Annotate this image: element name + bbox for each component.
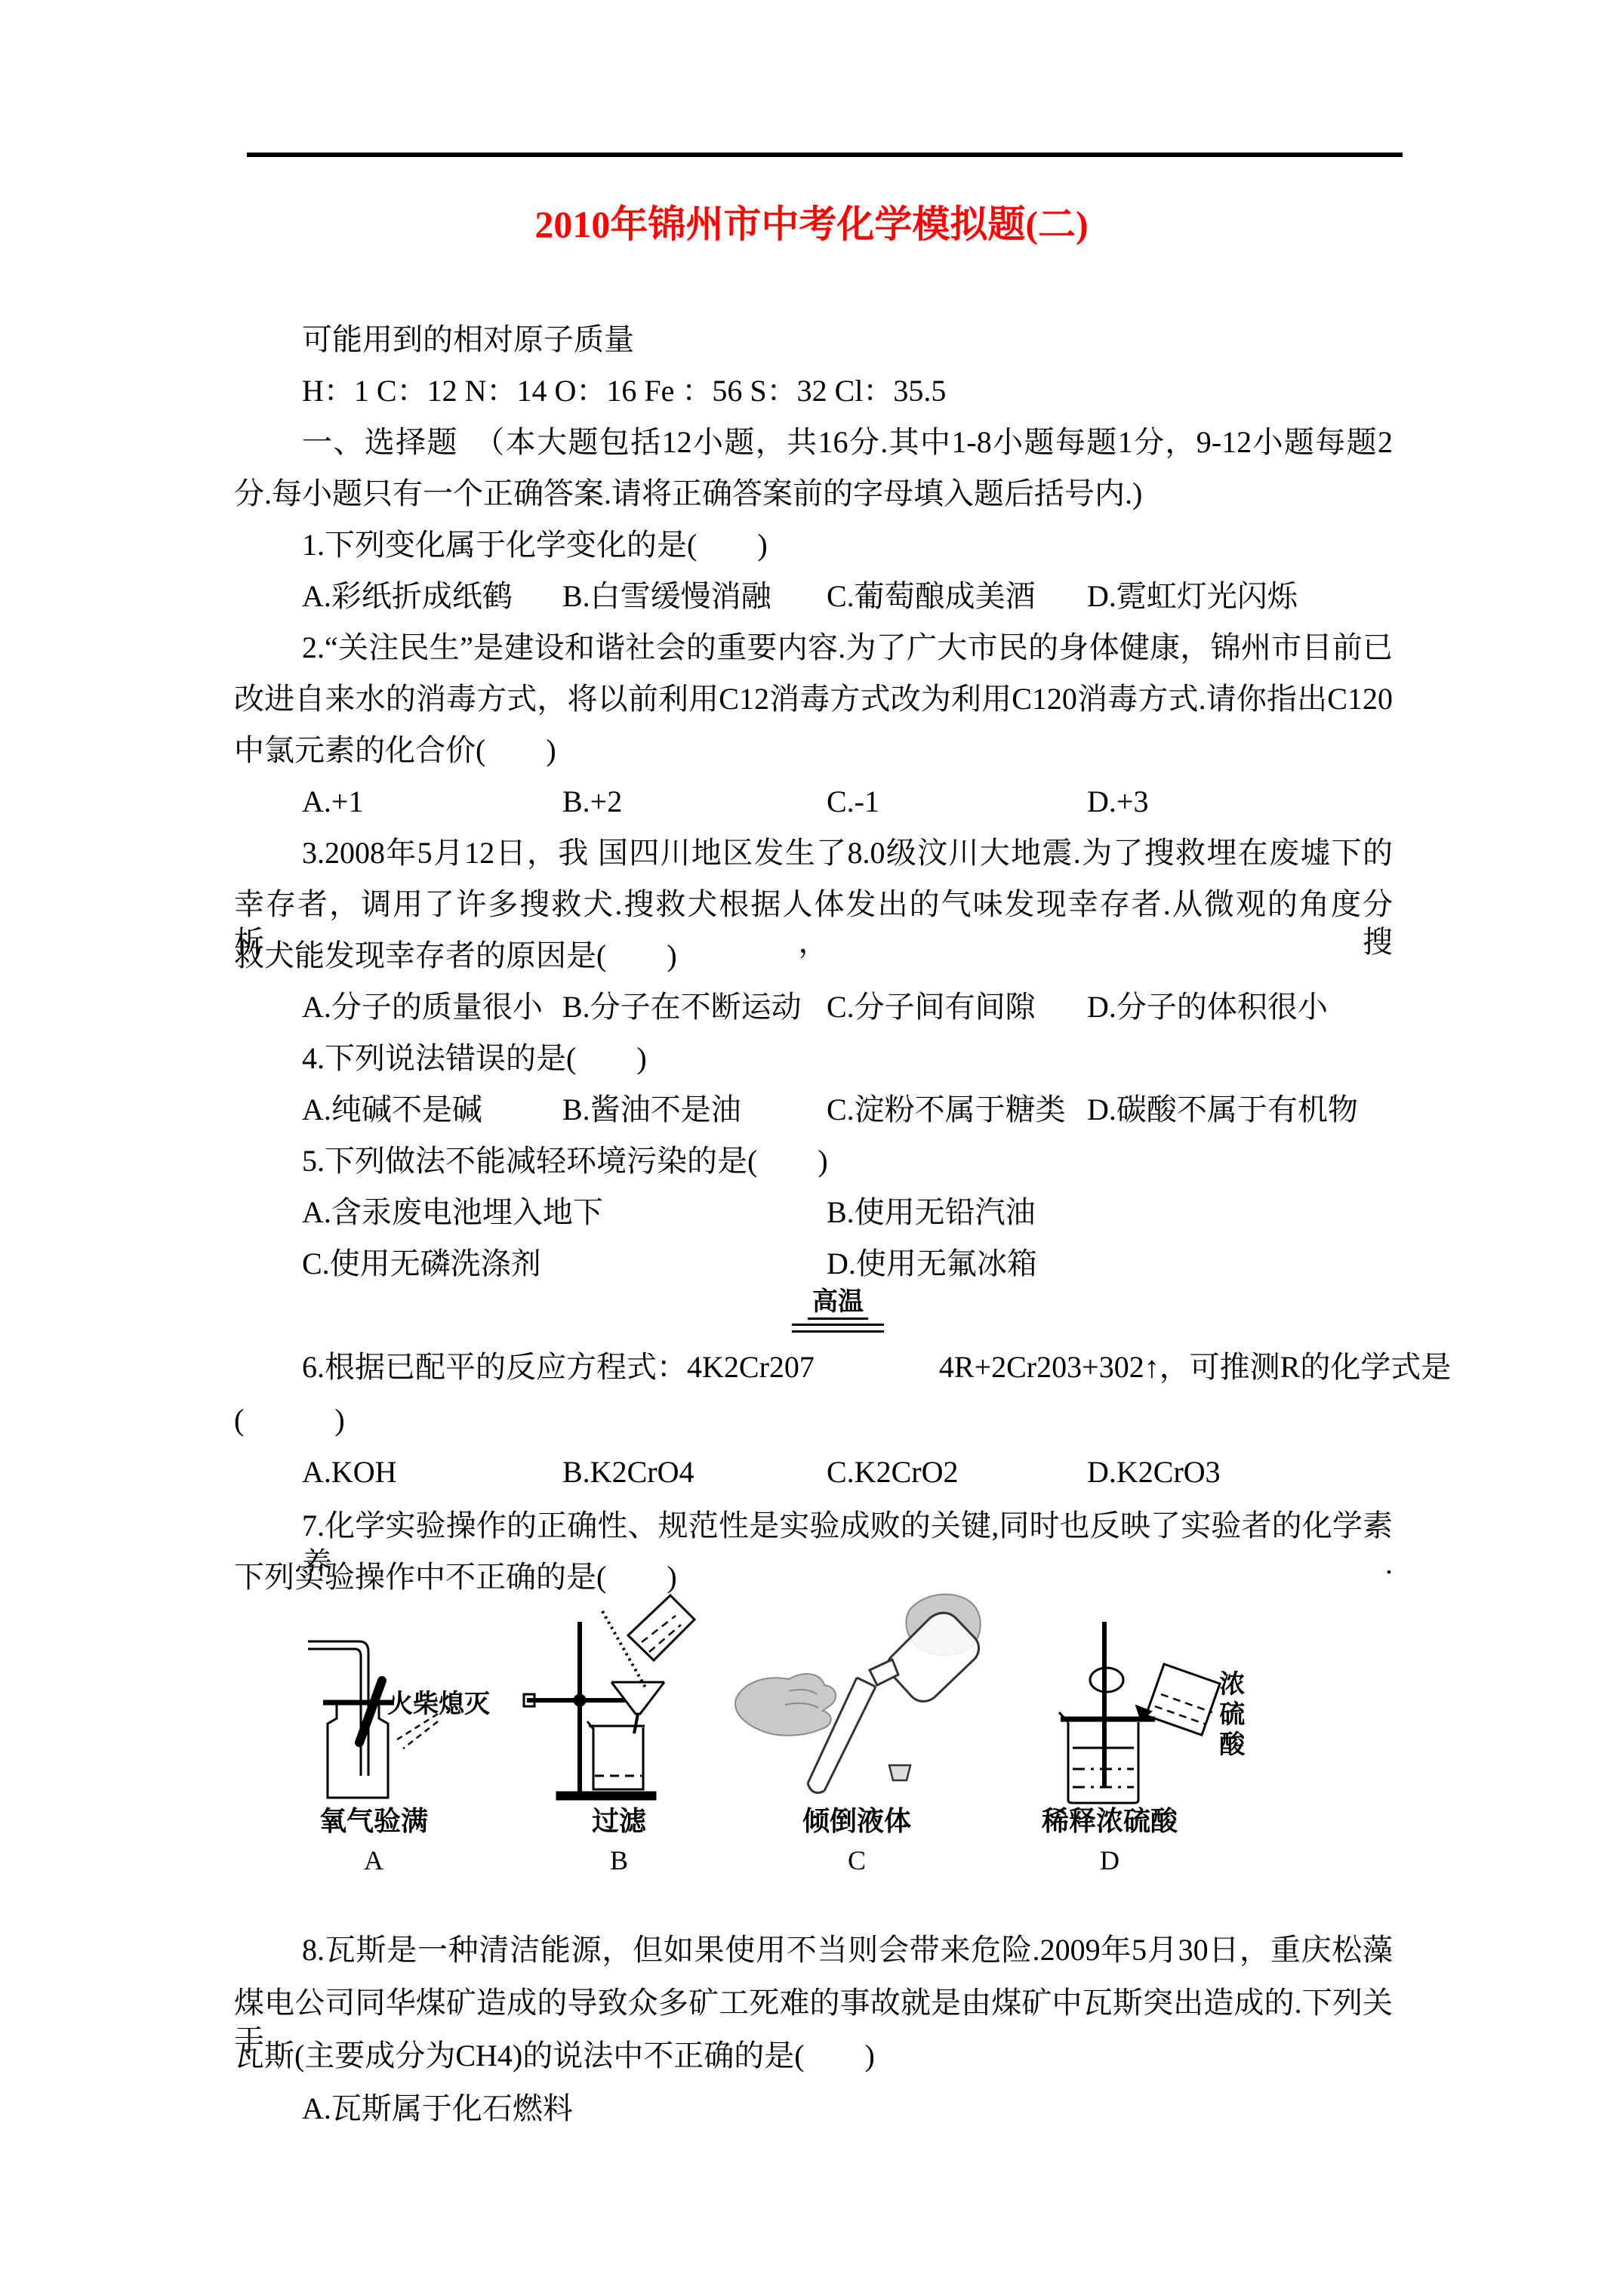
label-pointer-line-2 xyxy=(403,1721,438,1749)
page-title: 2010年锦州市中考化学模拟题(二) xyxy=(0,204,1623,245)
figure-c-caption: 倾倒液体 xyxy=(732,1807,981,1837)
q1-stem: 1.下列变化属于化学变化的是( ) xyxy=(234,526,1393,564)
q4-option-b: B.酱油不是油 xyxy=(562,1091,741,1129)
q1-options: A.彩纸折成纸鹤 B.白雪缓慢消融 C.葡萄酿成美酒 D.霓虹灯光闪烁 xyxy=(234,578,1393,623)
stirring-rod-dotted xyxy=(602,1611,645,1687)
q3-option-a: A.分子的质量很小 xyxy=(302,988,543,1026)
figure-c-letter: C xyxy=(732,1846,981,1876)
q5-option-d: D.使用无氟冰箱 xyxy=(827,1245,1037,1283)
q6-option-c: C.K2CrO2 xyxy=(827,1453,958,1491)
test-tube-bottom xyxy=(808,1783,824,1792)
intro-line-1: 可能用到的相对原子质量 xyxy=(234,321,1393,359)
figure-d-dilute-acid: 浓硫酸 稀释浓硫酸 D xyxy=(974,1586,1246,1884)
receiving-beaker xyxy=(593,1727,643,1789)
q2-option-b: B.+2 xyxy=(562,783,622,821)
acid-vessel xyxy=(1146,1664,1220,1735)
q5-option-b: B.使用无铅汽油 xyxy=(827,1194,1036,1231)
q1-option-c: C.葡萄酿成美酒 xyxy=(827,578,1036,615)
exam-document-page: 2010年锦州市中考化学模拟题(二) 可能用到的相对原子质量 H：1 C：12 … xyxy=(0,0,1623,2296)
funnel-stem xyxy=(634,1714,638,1734)
q5-option-c: C.使用无磷洗涤剂 xyxy=(302,1245,541,1283)
q6-stem-left: 6.根据已配平的反应方程式：4K2Cr207 xyxy=(302,1350,815,1384)
clamp-bolt xyxy=(574,1695,585,1706)
delivery-tube-inner xyxy=(308,1649,361,1776)
q4-option-c: C.淀粉不属于糖类 xyxy=(827,1091,1066,1129)
section-heading-cont: 分.每小题只有一个正确答案.请将正确答案前的字母填入题后括号内.) xyxy=(234,475,1393,513)
q2-option-c: C.-1 xyxy=(827,783,879,821)
q2-option-d: D.+3 xyxy=(1087,783,1148,821)
q6-stem-cont: ( ) xyxy=(234,1401,1393,1439)
q1-option-a: A.彩纸折成纸鹤 xyxy=(302,578,513,615)
figure-b-filtration: 过滤 B xyxy=(521,1586,717,1884)
intro-line-2: H：1 C：12 N：14 O：16 Fe ：56 S：32 Cl：35.5 xyxy=(234,372,1393,410)
bottle-mouth xyxy=(870,1660,898,1685)
q4-options: A.纯碱不是碱 B.酱油不是油 C.淀粉不属于糖类 D.碳酸不属于有机物 xyxy=(234,1091,1393,1136)
q3-options: A.分子的质量很小 B.分子在不断运动 C.分子间有间隙 D.分子的体积很小 xyxy=(234,988,1393,1034)
section-heading: 一、选择题 （本大题包括12小题，共16分.其中1-8小题每题1分，9-12小题… xyxy=(234,424,1393,461)
figure-d-drawing xyxy=(974,1586,1246,1812)
q3-option-b: B.分子在不断运动 xyxy=(562,988,802,1026)
q6-option-b: B.K2CrO4 xyxy=(562,1453,694,1491)
gas-bottle xyxy=(328,1705,388,1798)
pouring-vessel xyxy=(628,1595,694,1660)
q5-options-row-2: C.使用无磷洗涤剂 D.使用无氟冰箱 xyxy=(234,1245,1393,1290)
figure-a-oxygen-test: 火柴熄灭 氧气验满 A xyxy=(249,1586,498,1884)
figure-d-label: 浓硫酸 xyxy=(1215,1670,1243,1761)
q6-option-a: A.KOH xyxy=(302,1453,397,1491)
q1-option-d: D.霓虹灯光闪烁 xyxy=(1087,578,1298,615)
q1-option-b: B.白雪缓慢消融 xyxy=(562,578,771,615)
delivery-tube-outer xyxy=(308,1641,368,1776)
figure-a-caption: 氧气验满 xyxy=(249,1807,498,1837)
q3-option-c: C.分子间有间隙 xyxy=(827,988,1036,1026)
figure-c-drawing xyxy=(732,1586,981,1804)
q6-equals-double-line xyxy=(792,1324,884,1333)
q3-option-d: D.分子的体积很小 xyxy=(1087,988,1328,1026)
acid-dash-2 xyxy=(1161,1694,1212,1712)
q4-option-a: A.纯碱不是碱 xyxy=(302,1091,482,1129)
q6-equation-line: 6.根据已配平的反应方程式：4K2Cr2074R+2Cr203+302↑，可推测… xyxy=(234,1348,1461,1386)
top-rule xyxy=(247,153,1403,157)
q2-line-1: 2.“关注民生”是建设和谐社会的重要内容.为了广大市民的身体健康，锦州市目前已 xyxy=(234,629,1393,667)
q5-option-a: A.含汞废电池埋入地下 xyxy=(302,1194,603,1231)
q6-reaction-condition: 高温 xyxy=(778,1288,898,1333)
q5-stem: 5.下列做法不能减轻环境污染的是( ) xyxy=(234,1142,1393,1180)
q8-option-a: A.瓦斯属于化石燃料 xyxy=(234,2090,1393,2128)
figure-b-letter: B xyxy=(521,1846,717,1876)
q8-line-1: 8.瓦斯是一种清洁能源，但如果使用不当则会带来危险.2009年5月30日，重庆松… xyxy=(234,1931,1393,1969)
figure-b-drawing xyxy=(521,1586,717,1812)
q2-line-3: 中氯元素的化合价( ) xyxy=(234,732,1393,769)
bottle-stopper xyxy=(889,1765,910,1780)
q4-stem: 4.下列说法错误的是( ) xyxy=(234,1040,1393,1077)
q2-option-a: A.+1 xyxy=(302,783,363,821)
q3-line-1: 3.2008年5月12日，我 国四川地区发生了8.0级汶川大地震.为了搜救埋在废… xyxy=(234,834,1393,872)
vessel-liquid-dash-1 xyxy=(642,1616,676,1642)
q6-condition-text: 高温 xyxy=(808,1288,868,1320)
figure-d-letter: D xyxy=(974,1846,1246,1876)
q6-option-d: D.K2CrO3 xyxy=(1087,1453,1221,1491)
q5-options-row-1: A.含汞废电池埋入地下 B.使用无铅汽油 xyxy=(234,1194,1393,1239)
figure-c-pouring-liquid: 倾倒液体 C xyxy=(732,1586,981,1884)
figure-a-letter: A xyxy=(249,1846,498,1876)
q6-options: A.KOH B.K2CrO4 C.K2CrO2 D.K2CrO3 xyxy=(234,1453,1393,1499)
q8-line-3: 瓦斯(主要成分为CH4)的说法中不正确的是( ) xyxy=(234,2037,1393,2075)
stand-base xyxy=(557,1792,655,1799)
figure-a-label: 火柴熄灭 xyxy=(387,1691,490,1718)
figure-b-caption: 过滤 xyxy=(521,1807,717,1837)
q6-stem-right: 4R+2Cr203+302↑，可推测R的化学式是 xyxy=(939,1350,1451,1384)
q3-line-3: 救犬能发现幸存者的原因是( ) xyxy=(234,937,1393,975)
q2-line-2: 改进自来水的消毒方式，将以前利用C12消毒方式改为利用C120消毒方式.请你指出… xyxy=(234,680,1393,718)
q4-option-d: D.碳酸不属于有机物 xyxy=(1087,1091,1358,1129)
q2-options: A.+1 B.+2 C.-1 D.+3 xyxy=(234,783,1393,828)
figure-d-caption: 稀释浓硫酸 xyxy=(974,1807,1246,1837)
